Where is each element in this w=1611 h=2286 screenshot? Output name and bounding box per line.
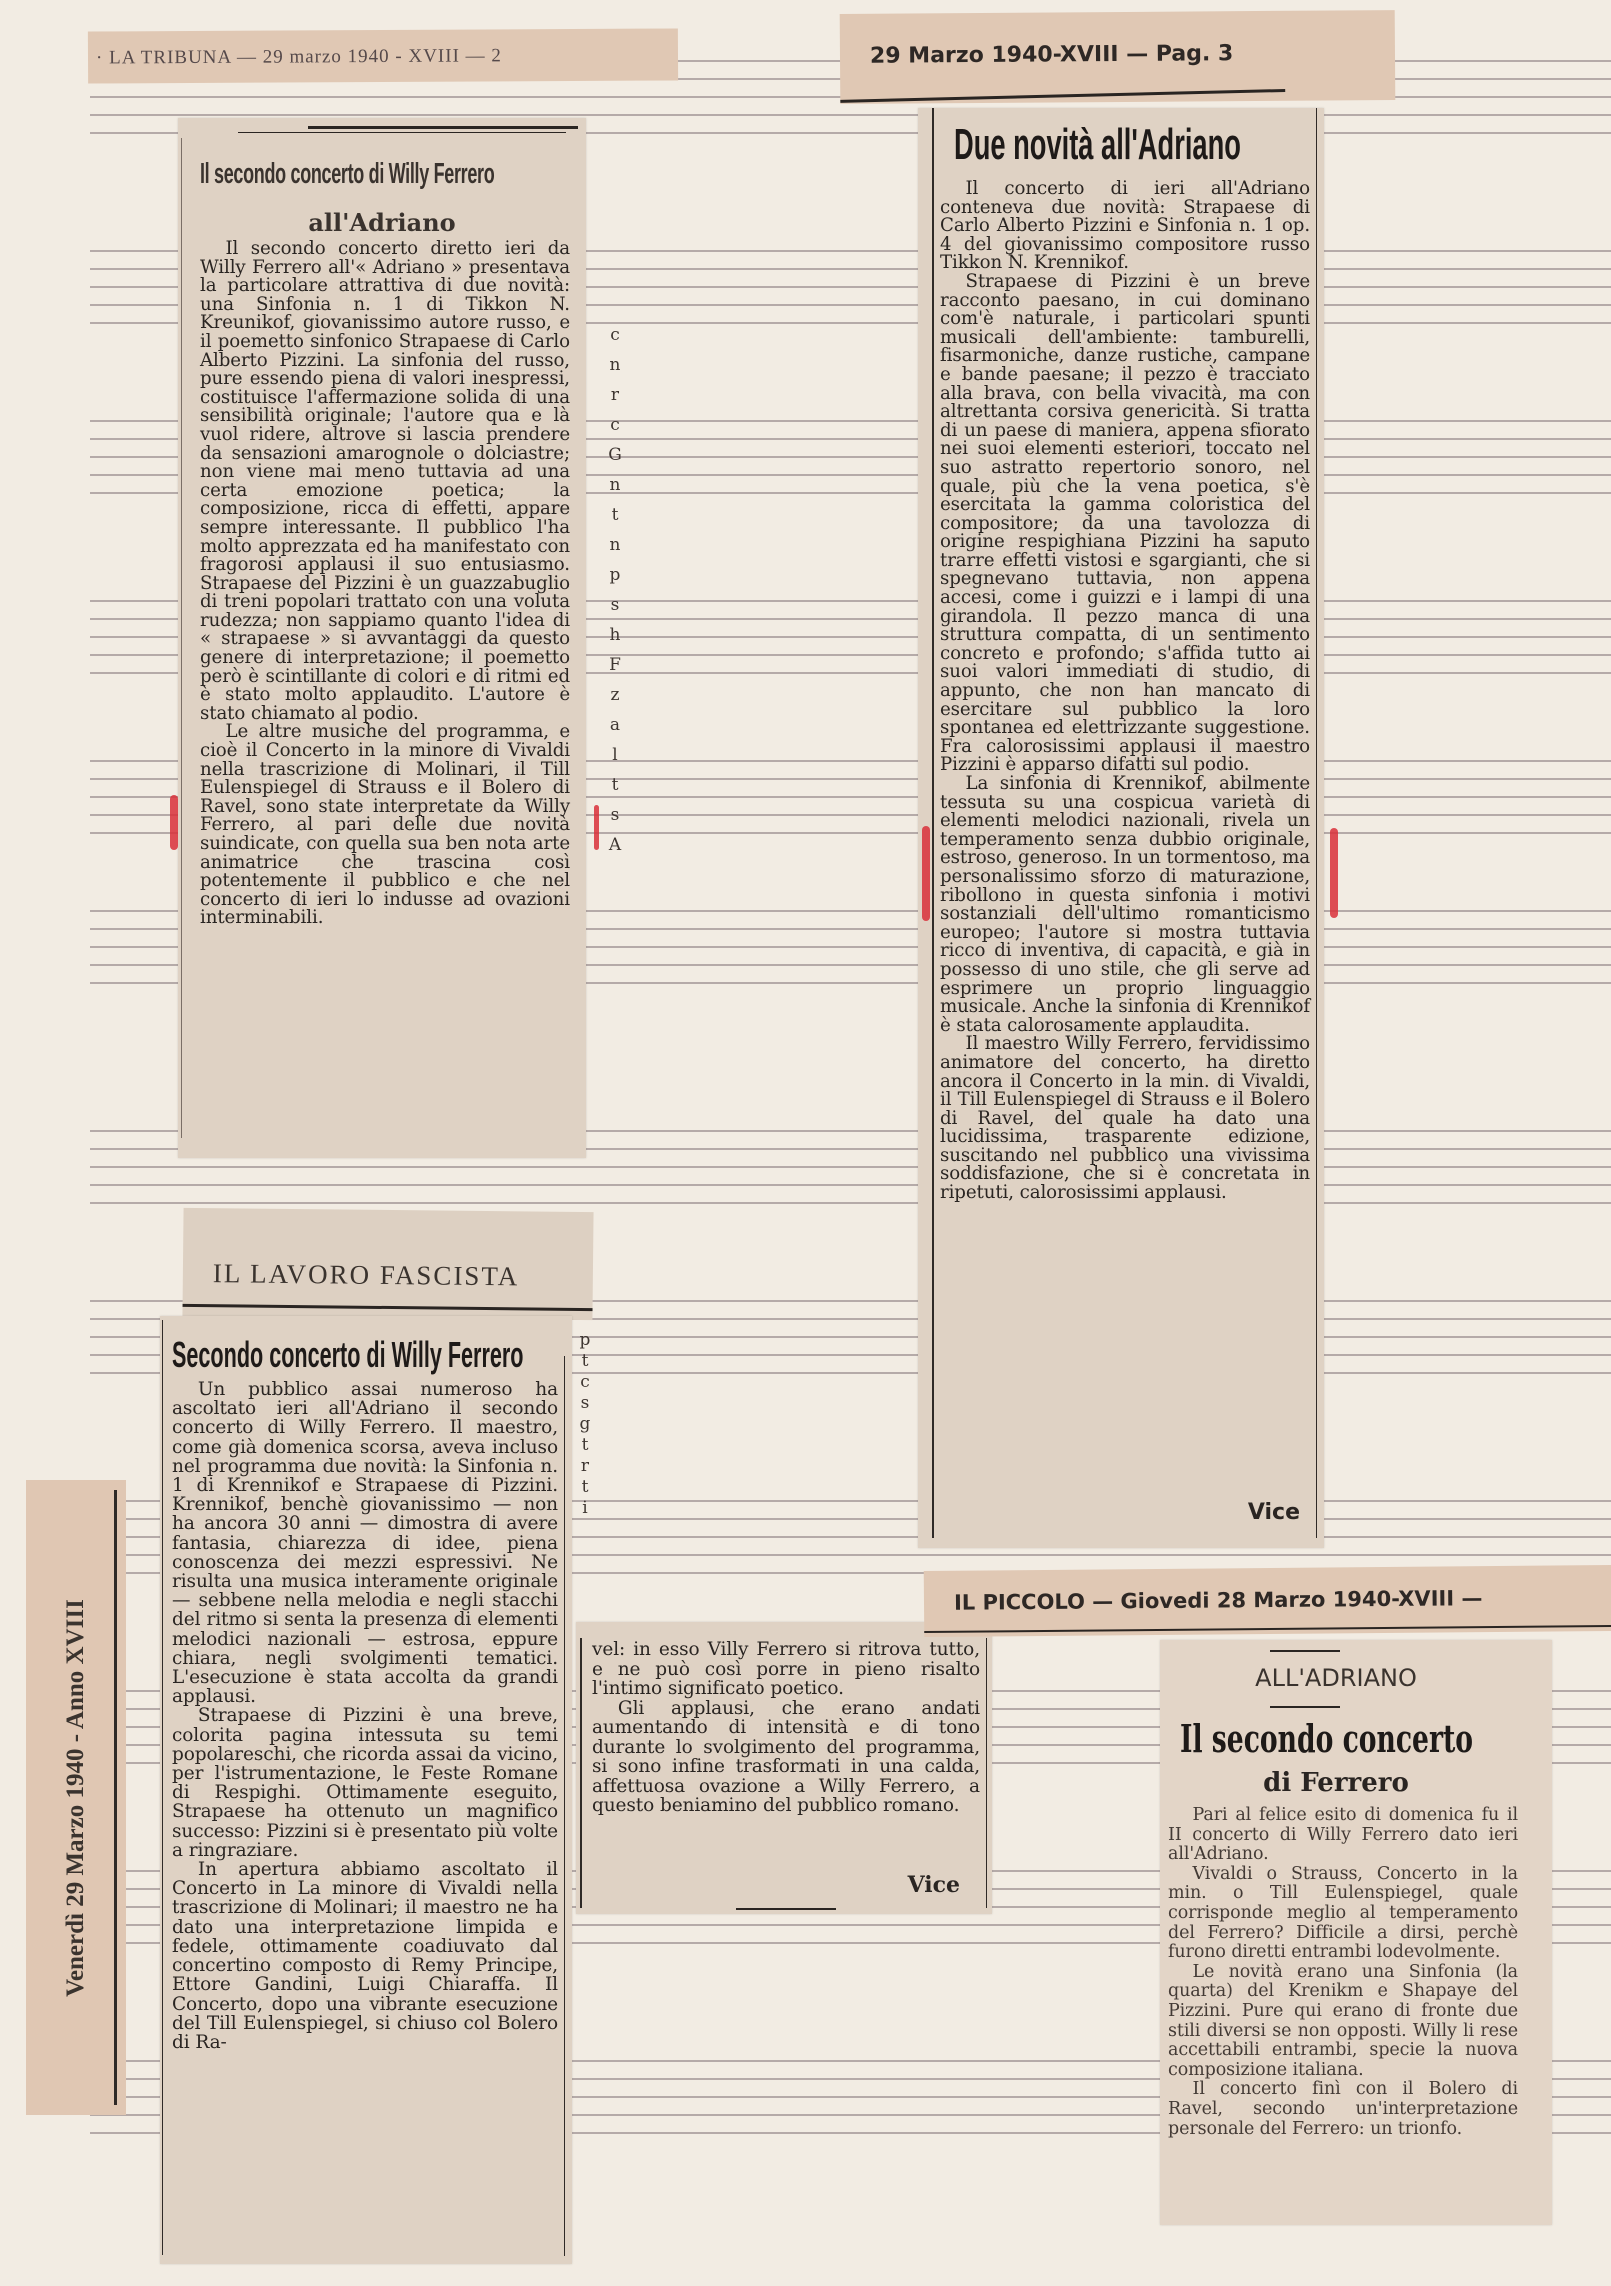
fragment-letter: t <box>577 1435 593 1456</box>
pag3-signature: Vice <box>1248 1500 1300 1525</box>
pag3-masthead: 29 Marzo 1940-XVIII — Pag. 3 <box>840 10 1396 104</box>
fragment-letter: z <box>607 680 623 710</box>
fragment-letter: s <box>607 800 623 830</box>
staff-line <box>90 1202 1611 1204</box>
il-piccolo-clipping: ALL'ADRIANO Il secondo concerto di Ferre… <box>1160 1640 1552 2225</box>
red-pencil-mark <box>594 805 599 850</box>
article-paragraph: Vivaldi o Strauss, Concerto in la min. o… <box>1168 1865 1518 1963</box>
article-paragraph: Strapaese di Pizzini è un breve racconto… <box>940 273 1310 775</box>
article-paragraph: Pari al felice esito di domenica fu il I… <box>1168 1806 1518 1865</box>
fragment-letter: l <box>607 740 623 770</box>
fragment-letter: p <box>577 1330 593 1351</box>
fragment-letter: t <box>577 1477 593 1498</box>
article-paragraph: In apertura abbiamo ascoltato il Concert… <box>172 1860 558 2052</box>
fragment-letter: g <box>577 1414 593 1435</box>
article-paragraph: Gli applausi, che erano andati aumentand… <box>592 1699 980 1816</box>
fragment-letter: r <box>607 380 623 410</box>
il-piccolo-kicker: ALL'ADRIANO <box>1160 1664 1512 1692</box>
fragment-letter: G <box>607 440 623 470</box>
il-piccolo-subhead: di Ferrero <box>1160 1768 1512 1798</box>
pag3-headline: Due novità all'Adriano <box>954 120 1241 170</box>
pag3-article-body: Il concerto di ieri all'Adriano contenev… <box>940 180 1310 1203</box>
la-tribuna-subhead: all'Adriano <box>178 208 586 237</box>
lavoro-fascista-signature: Vice <box>908 1872 960 1898</box>
fragment-letter: t <box>607 770 623 800</box>
lavoro-fascista-article-body: Un pubblico assai numeroso ha ascoltato … <box>172 1380 558 2052</box>
staff-line <box>90 1184 1611 1186</box>
il-piccolo-article-body: Pari al felice esito di domenica fu il I… <box>1168 1806 1518 2139</box>
fragment-letter: F <box>607 650 623 680</box>
fragment-letter: c <box>577 1372 593 1393</box>
staff-line <box>90 1166 1611 1168</box>
la-tribuna-clipping: Il secondo concerto di Willy Ferrero all… <box>178 118 586 1158</box>
lavoro-fascista-adjacent-column-fragment: ptcsgtrti <box>577 1330 593 1519</box>
fragment-letter: s <box>577 1393 593 1414</box>
red-pencil-mark <box>170 795 178 850</box>
article-paragraph: Il secondo concerto diretto ieri da Will… <box>200 240 570 723</box>
fragment-letter: p <box>607 560 623 590</box>
fragment-letter: n <box>607 350 623 380</box>
article-paragraph: vel: in esso Villy Ferrero si ritrova tu… <box>592 1640 980 1699</box>
article-paragraph: Le altre musiche del programma, e cioè i… <box>200 723 570 928</box>
lavoro-fascista-masthead: IL LAVORO FASCISTA <box>182 1208 593 1320</box>
la-tribuna-masthead: · LA TRIBUNA — 29 marzo 1940 - XVIII — 2 <box>88 28 678 83</box>
la-tribuna-headline: Il secondo concerto di Willy Ferrero <box>200 158 494 191</box>
fragment-letter: n <box>607 470 623 500</box>
lavoro-fascista-masthead-text: IL LAVORO FASCISTA <box>213 1258 520 1292</box>
article-paragraph: Le novità erano una Sinfonia (la quarta)… <box>1168 1963 1518 2081</box>
pag3-masthead-text: 29 Marzo 1940-XVIII — Pag. 3 <box>870 41 1233 69</box>
article-paragraph: Il concerto di ieri all'Adriano contenev… <box>940 180 1310 273</box>
lavoro-fascista-continuation-clipping: vel: in esso Villy Ferrero si ritrova tu… <box>576 1622 992 1914</box>
staff-line <box>90 114 1611 116</box>
fragment-letter: s <box>607 590 623 620</box>
article-paragraph: Strapaese di Pizzini è una breve, colori… <box>172 1706 558 1860</box>
fragment-letter: i <box>577 1498 593 1519</box>
la-tribuna-masthead-text: · LA TRIBUNA — 29 marzo 1940 - XVIII — 2 <box>96 45 502 69</box>
la-tribuna-adjacent-column-fragment: cnrcGntnpshFzaltsA <box>607 320 623 860</box>
fragment-letter: A <box>607 830 623 860</box>
fragment-letter: a <box>607 710 623 740</box>
red-pencil-mark <box>922 826 930 921</box>
fragment-letter: r <box>577 1456 593 1477</box>
lavoro-fascista-date-strip: Venerdì 29 Marzo 1940 - Anno XVIII <box>26 1480 126 2115</box>
pag3-clipping: Due novità all'Adriano Il concerto di ie… <box>918 108 1324 1548</box>
lavoro-fascista-clipping: Secondo concerto di Willy Ferrero Un pub… <box>160 1316 572 2264</box>
lavoro-fascista-continuation-body: vel: in esso Villy Ferrero si ritrova tu… <box>592 1640 980 1816</box>
lavoro-fascista-headline: Secondo concerto di Willy Ferrero <box>172 1334 523 1376</box>
article-paragraph: Il concerto finì con il Bolero di Ravel,… <box>1168 2080 1518 2139</box>
fragment-letter: n <box>607 530 623 560</box>
article-paragraph: La sinfonia di Krennikof, abilmente tess… <box>940 775 1310 1035</box>
fragment-letter: c <box>607 410 623 440</box>
il-piccolo-masthead-text: IL PICCOLO — Giovedi 28 Marzo 1940-XVIII… <box>954 1586 1483 1615</box>
il-piccolo-masthead: IL PICCOLO — Giovedi 28 Marzo 1940-XVIII… <box>924 1565 1611 1637</box>
lavoro-fascista-date-text: Venerdì 29 Marzo 1940 - Anno XVIII <box>62 1599 90 1997</box>
il-piccolo-headline: Il secondo concerto <box>1180 1716 1473 1761</box>
article-paragraph: Il maestro Willy Ferrero, fervidissimo a… <box>940 1035 1310 1202</box>
fragment-letter: h <box>607 620 623 650</box>
article-paragraph: Un pubblico assai numeroso ha ascoltato … <box>172 1380 558 1706</box>
fragment-letter: t <box>607 500 623 530</box>
fragment-letter: c <box>607 320 623 350</box>
fragment-letter: t <box>577 1351 593 1372</box>
red-pencil-mark <box>1330 828 1338 918</box>
la-tribuna-article-body: Il secondo concerto diretto ieri da Will… <box>200 240 570 928</box>
